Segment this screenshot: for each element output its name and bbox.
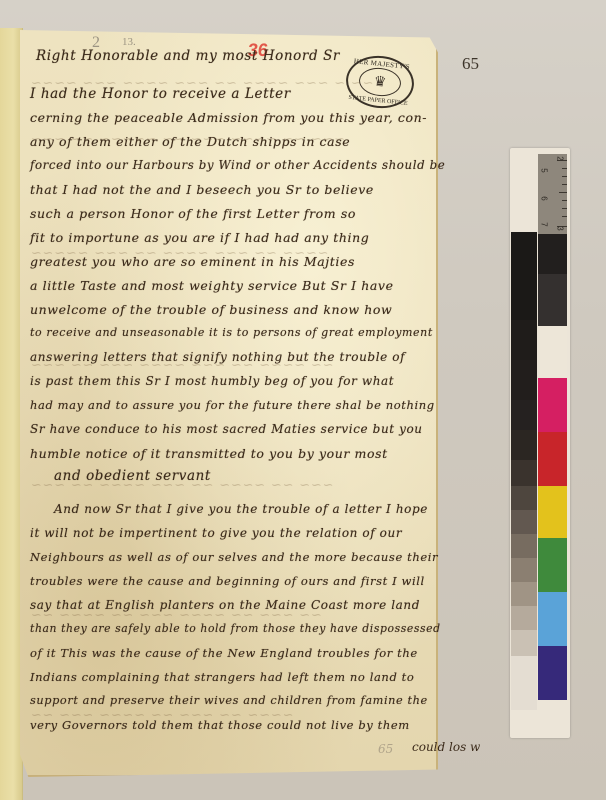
ruler-tick xyxy=(562,216,567,217)
letter-line: Neighbours as well as of our selves and … xyxy=(30,550,438,564)
letter-line: is past them this Sr I most humbly beg o… xyxy=(30,374,394,388)
ruler-label: 7 xyxy=(540,222,549,226)
gray-patch xyxy=(511,486,537,510)
letter-line: any of them either of the Dutch shipps i… xyxy=(30,134,350,149)
ruler-end-label: 2 xyxy=(556,156,565,160)
ruler-tick xyxy=(562,208,567,209)
color-patch-black xyxy=(538,234,567,274)
letter-line: troubles were the cause and beginning of… xyxy=(30,574,425,588)
binding-strip xyxy=(0,28,23,800)
gray-patch xyxy=(511,400,537,430)
ruler-tick xyxy=(562,176,567,177)
footer-pencil-number: 65 xyxy=(378,742,393,756)
salutation: Right Honorable and my most Honord Sr xyxy=(36,48,340,64)
gray-patch xyxy=(511,232,537,320)
ruler-end-label: 3 xyxy=(556,226,565,230)
letter-line: greatest you who are so eminent in his M… xyxy=(30,254,355,269)
letter-line: humble notice of it transmitted to you b… xyxy=(30,446,388,461)
letter-line: And now Sr that I give you the trouble o… xyxy=(54,502,428,516)
letter-line: such a person Honor of the first Letter … xyxy=(30,206,356,221)
color-patch-red xyxy=(538,432,567,486)
letter-line: very Governors told them that those coul… xyxy=(30,718,410,732)
letter-line: fit to importune as you are if I had had… xyxy=(30,230,369,245)
color-patch-yellow xyxy=(538,486,567,538)
gray-patch xyxy=(511,430,537,460)
ruler-tick xyxy=(562,168,567,169)
letter-line: and obedient servant xyxy=(54,468,211,484)
gray-patch xyxy=(511,510,537,534)
color-patch-blue xyxy=(538,646,567,700)
letter-line: forced into our Harbours by Wind or othe… xyxy=(30,158,445,172)
color-patch-dark-gray xyxy=(538,274,567,326)
letter-line: Indians complaining that strangers had l… xyxy=(30,670,414,684)
letter-line: that I had not the and I beseech you Sr … xyxy=(30,182,374,197)
letter-line: it will not be impertinent to give you t… xyxy=(30,526,402,540)
letter-line: answering letters that signify nothing b… xyxy=(30,350,405,364)
letter-line: than they are safely able to hold from t… xyxy=(30,622,441,635)
letter-line: say that at English planters on the Main… xyxy=(30,598,420,612)
gray-patch xyxy=(511,656,537,710)
ruler-label: 5 xyxy=(540,168,549,172)
gray-patch xyxy=(511,630,537,656)
pencil-number-13: 13. xyxy=(122,36,136,48)
letter-line: Sr have conduce to his most sacred Matie… xyxy=(30,422,423,436)
folio-number: 65 xyxy=(462,54,479,74)
ruler-tick xyxy=(562,200,567,201)
catchword: could los w xyxy=(412,740,480,754)
letter-line: I had the Honor to receive a Letter xyxy=(30,86,291,102)
color-patch-white xyxy=(538,326,567,378)
letter-line: had may and to assure you for the future… xyxy=(30,398,435,412)
letter-line: unwelcome of the trouble of business and… xyxy=(30,302,392,317)
ruler-tick xyxy=(559,192,567,193)
letter-line: cerning the peaceable Admission from you… xyxy=(30,110,427,125)
gray-patch xyxy=(511,534,537,558)
color-patch-green xyxy=(538,538,567,592)
gray-patch xyxy=(511,360,537,400)
gray-patch xyxy=(511,460,537,486)
color-patch-cyan xyxy=(538,592,567,646)
letter-line: support and preserve their wives and chi… xyxy=(30,694,428,707)
gray-patch xyxy=(511,558,537,582)
ruler-tick xyxy=(562,184,567,185)
gray-patch xyxy=(511,606,537,630)
ruler-scale: 5 6 7 2 3 xyxy=(538,154,567,234)
gray-patch xyxy=(511,320,537,360)
ruler-label: 6 xyxy=(540,196,549,200)
letter-line: of it This was the cause of the New Engl… xyxy=(30,646,418,660)
gray-patch xyxy=(511,582,537,606)
letter-line: to receive and unseasonable it is to per… xyxy=(30,326,433,339)
color-patch-magenta xyxy=(538,378,567,432)
letter-line: a little Taste and most weighty service … xyxy=(30,278,394,293)
